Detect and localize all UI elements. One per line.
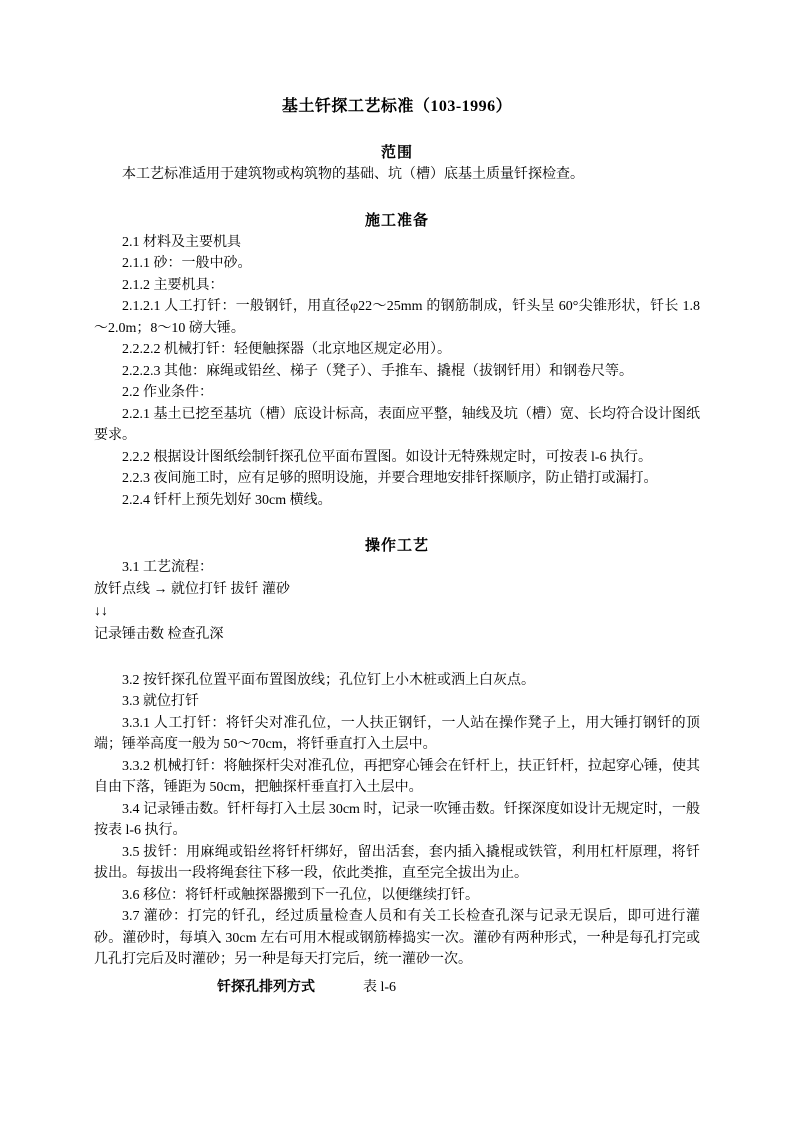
- caption-label: 钎探孔排列方式: [217, 980, 315, 995]
- flow-line: 放钎点线 → 就位打钎 拔钎 灌砂: [94, 579, 700, 601]
- paragraph: 2.1.1 砂：一般中砂。: [94, 253, 700, 275]
- paragraph: 2.2 作业条件：: [94, 382, 700, 404]
- paragraph: 3.2 按钎探孔位置平面布置图放线；孔位钉上小木桩或洒上白灰点。: [94, 670, 700, 692]
- section-heading: 操作工艺: [94, 535, 700, 557]
- table-caption: 钎探孔排列方式表 l-6: [94, 977, 700, 999]
- paragraph: 2.1.2.1 人工打钎：一般钢钎，用直径φ22～25mm 的钢筋制成，钎头呈 …: [94, 296, 700, 339]
- flow-arrows-down: ↓↓: [94, 600, 700, 624]
- document-page: 基土钎探工艺标准（103-1996）范围本工艺标准适用于建筑物或构筑物的基础、坑…: [0, 0, 793, 1122]
- paragraph: 2.2.4 钎杆上预先划好 30cm 横线。: [94, 490, 700, 512]
- paragraph: 3.4 记录锤击数。钎杆每打入土层 30cm 时，记录一吹锤击数。钎探深度如设计…: [94, 799, 700, 842]
- section-heading: 施工准备: [94, 210, 700, 232]
- paragraph: 2.2.2.2 机械打钎：轻便触探器（北京地区规定必用）。: [94, 339, 700, 361]
- paragraph: 2.2.3 夜间施工时，应有足够的照明设施，并要合理地安排钎探顺序，防止错打或漏…: [94, 468, 700, 490]
- paragraph: 3.5 拔钎：用麻绳或铅丝将钎杆绑好，留出活套，套内插入撬棍或铁管，利用杠杆原理…: [94, 842, 700, 885]
- paragraph: 2.1.2 主要机具：: [94, 275, 700, 297]
- paragraph: 3.7 灌砂：打完的钎孔，经过质量检查人员和有关工长检查孔深与记录无误后，即可进…: [94, 906, 700, 971]
- paragraph: 2.2.2.3 其他：麻绳或铅丝、梯子（凳子）、手推车、撬棍（拔钢钎用）和钢卷尺…: [94, 361, 700, 383]
- caption-table-ref: 表 l-6: [363, 980, 396, 995]
- paragraph: 2.2.2 根据设计图纸绘制钎探孔位平面布置图。如设计无特殊规定时，可按表 l-…: [94, 447, 700, 469]
- paragraph: 2.2.1 基土已挖至基坑（槽）底设计标高，表面应平整，轴线及坑（槽）宽、长均符…: [94, 404, 700, 447]
- section-heading: 范围: [94, 142, 700, 164]
- paragraph: 3.3 就位打钎: [94, 691, 700, 713]
- paragraph: 3.6 移位：将钎杆或触探器搬到下一孔位，以便继续打钎。: [94, 885, 700, 907]
- paragraph: 3.1 工艺流程：: [94, 557, 700, 579]
- spacer: [94, 646, 700, 670]
- paragraph: 本工艺标准适用于建筑物或构筑物的基础、坑（槽）底基土质量钎探检查。: [94, 164, 700, 186]
- paragraph: 3.3.1 人工打钎：将钎尖对准孔位，一人扶正钢钎，一人站在操作凳子上，用大锤打…: [94, 713, 700, 756]
- doc-title: 基土钎探工艺标准（103-1996）: [94, 96, 700, 118]
- flow-line: 记录锤击数 检查孔深: [94, 624, 700, 646]
- paragraph: 2.1 材料及主要机具: [94, 232, 700, 254]
- paragraph: 3.3.2 机械打钎：将触探杆尖对准孔位，再把穿心锤会在钎杆上，扶正钎杆，拉起穿…: [94, 756, 700, 799]
